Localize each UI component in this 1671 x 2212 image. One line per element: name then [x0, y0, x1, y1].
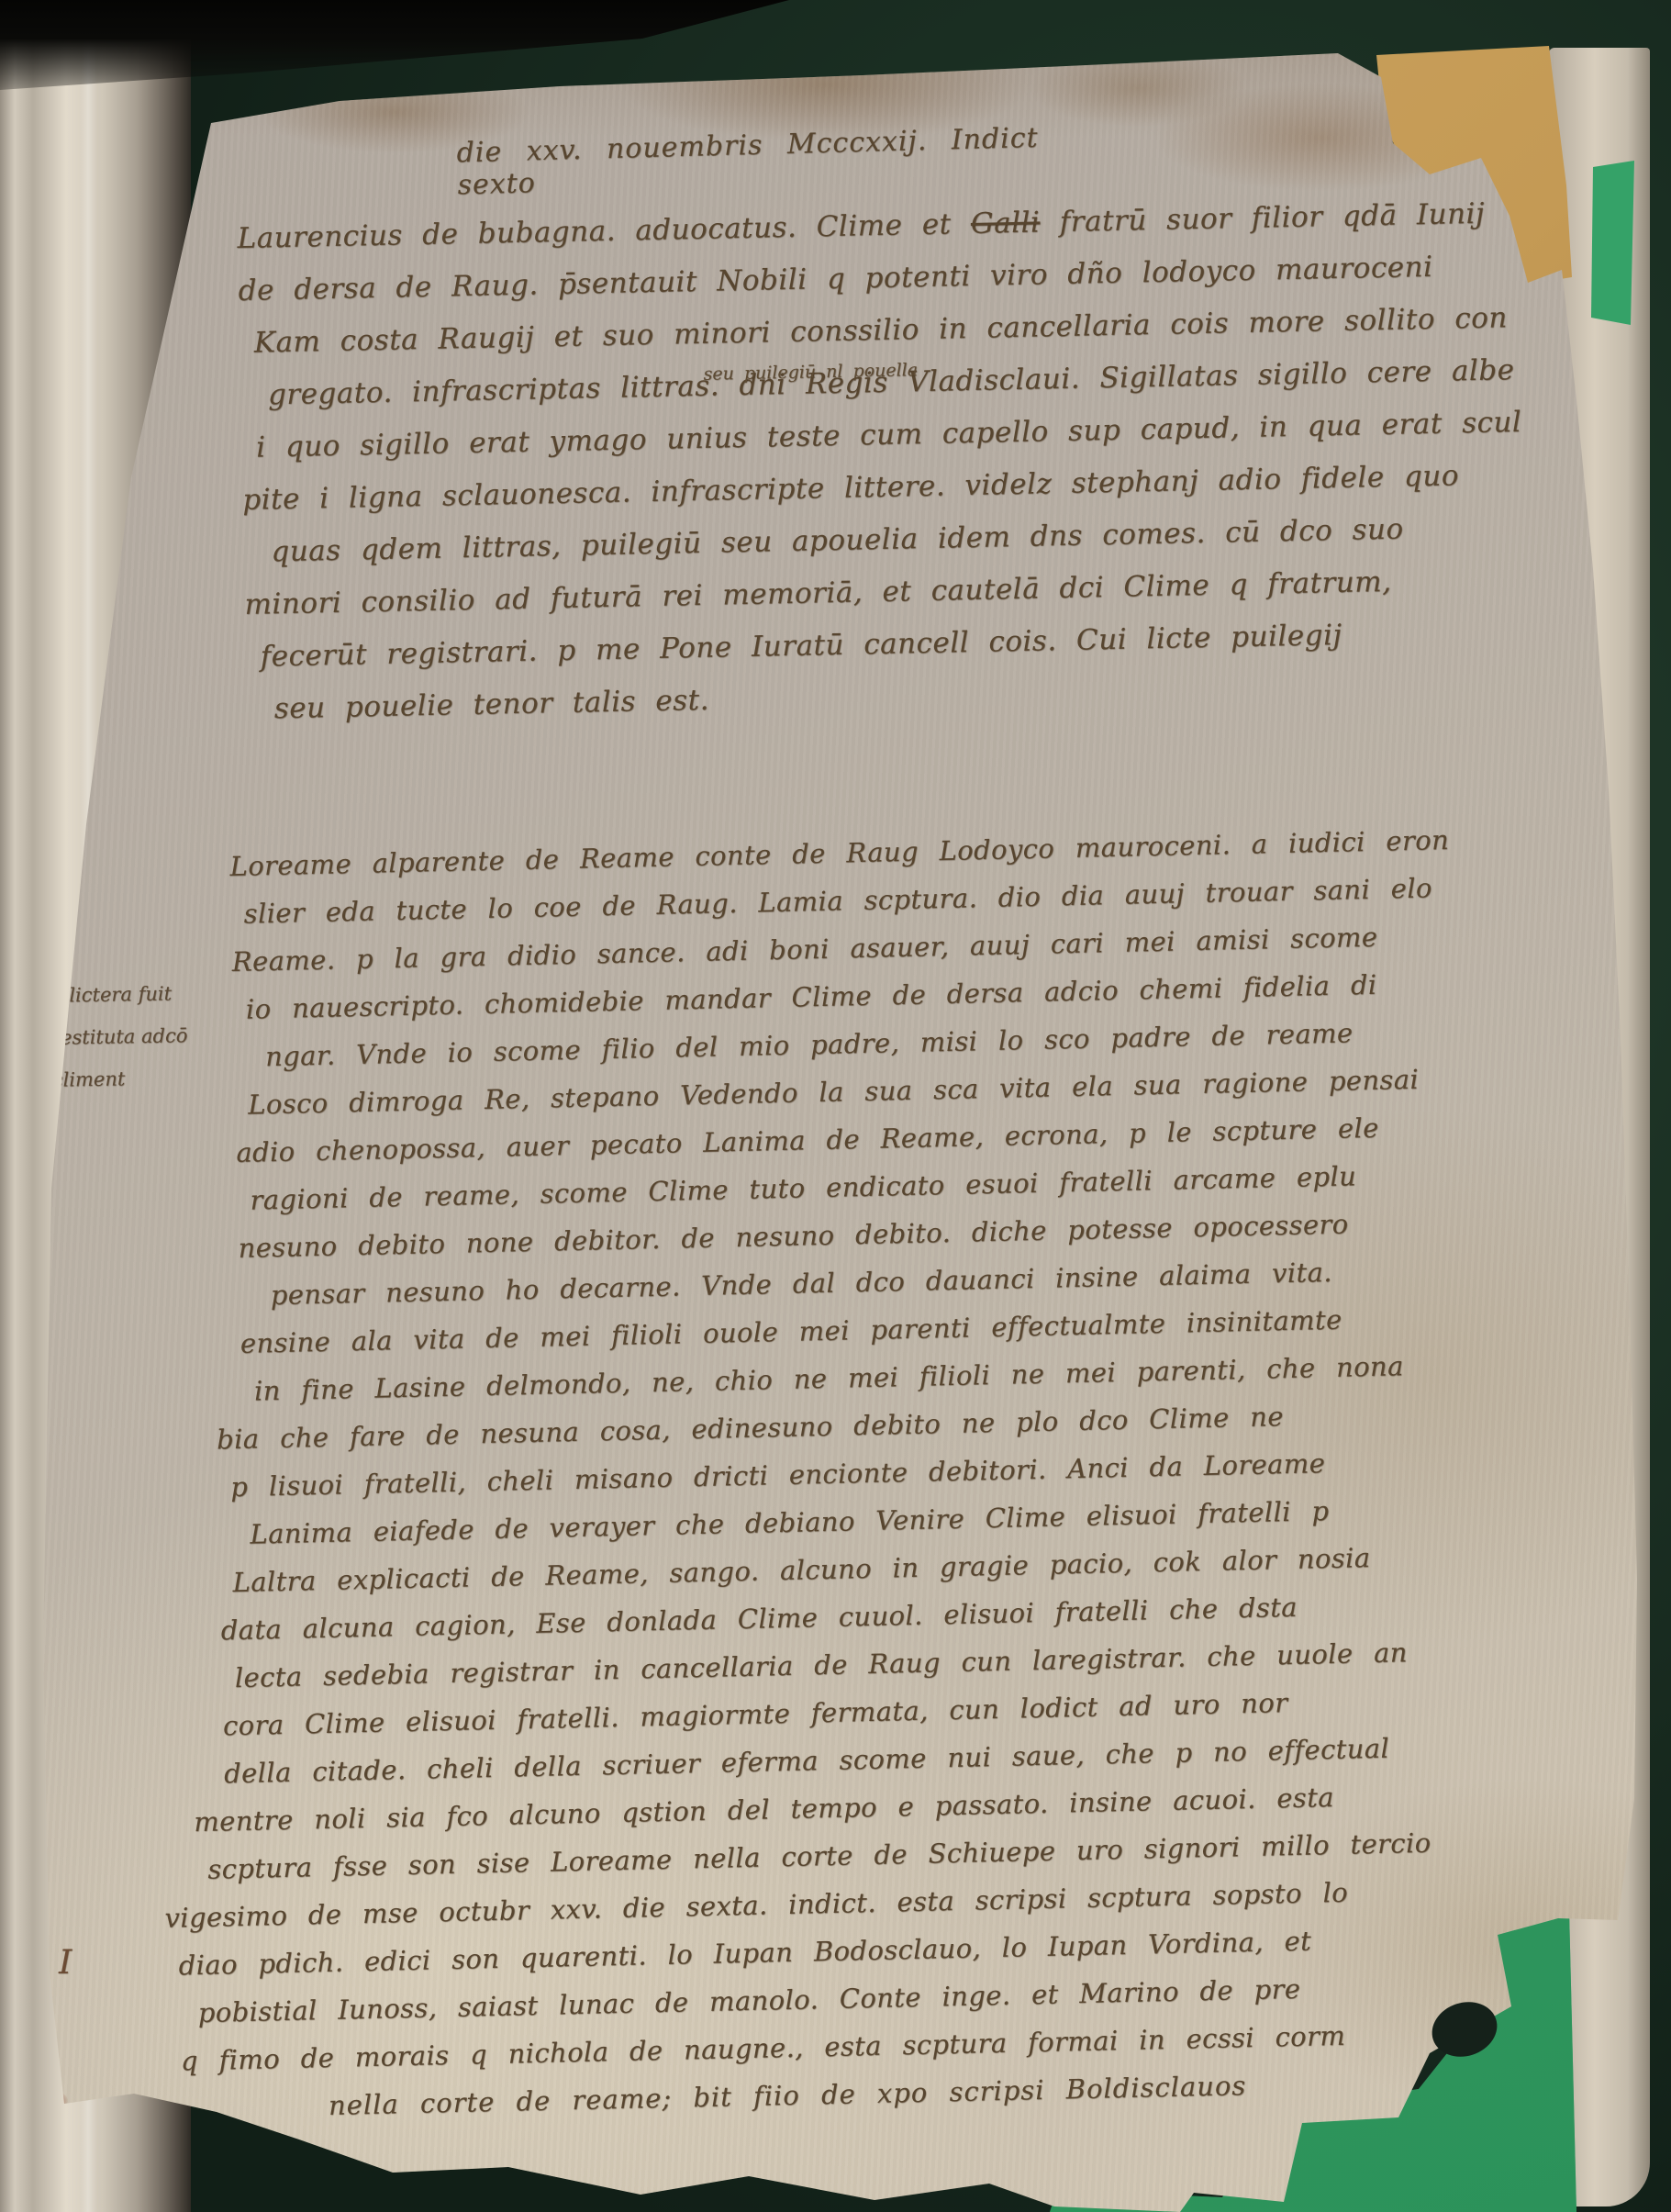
line-text: fratrū suor filior qdā Iunij	[1040, 197, 1485, 240]
vernacular-letter-paragraph: Loreame alparente de Reame conte de Raug…	[229, 813, 1606, 2131]
interline-note: seu puilegiū nl pouella	[703, 344, 919, 401]
strikethrough-word: Galli	[971, 206, 1041, 240]
margin-note: q̃ lictera fuitrestituta adcōcliment	[50, 971, 236, 1100]
heading-date-line: die xxv. nouembris Mcccxxij. Indict sext…	[456, 120, 1119, 202]
margin-mark: I	[59, 1944, 72, 1982]
manuscript-photo: die xxv. nouembris Mcccxxij. Indict sext…	[0, 0, 1671, 2212]
manuscript-page: die xxv. nouembris Mcccxxij. Indict sext…	[0, 0, 1671, 2212]
latin-entry-paragraph: Laurencius de bubagna. aduocatus. Clime …	[237, 186, 1587, 736]
margin-note-line: q̃ lictera fuit	[50, 971, 235, 1016]
line-text: Laurencius de bubagna. aduocatus. Clime …	[237, 207, 971, 255]
latin-entry-lines: de dersa de Raug. p̄sentauit Nobili q po…	[238, 239, 1587, 736]
margin-note-line: restituta adcō	[51, 1013, 236, 1058]
margin-note-line: climent	[51, 1056, 236, 1100]
